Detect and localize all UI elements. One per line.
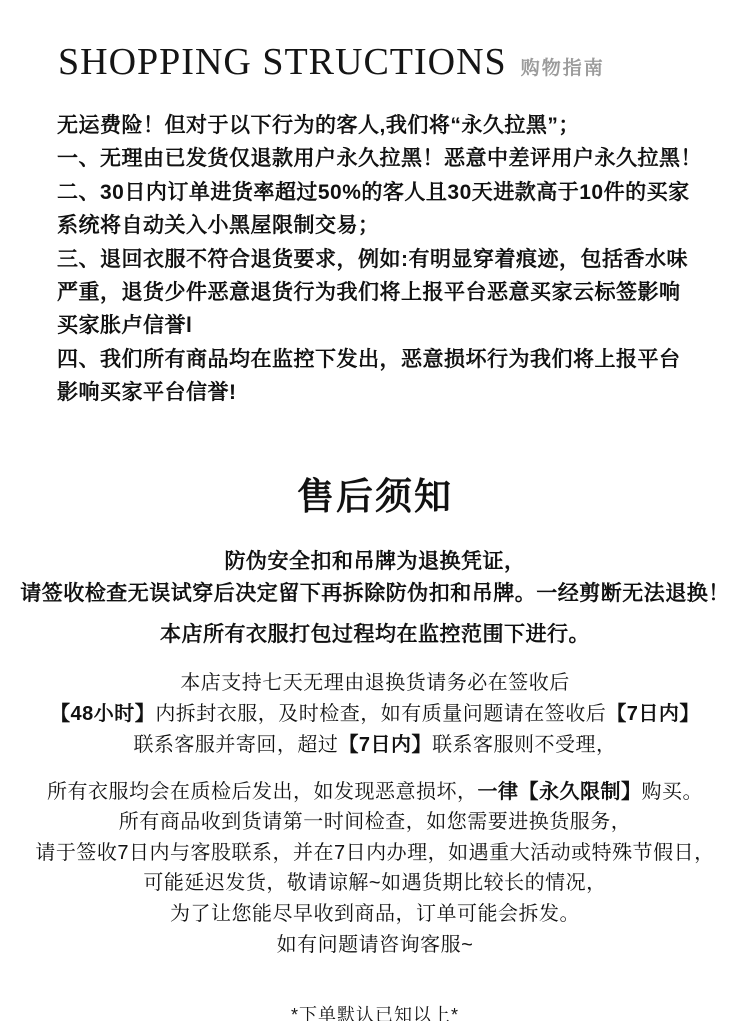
- returns-line-2-text: 内拆封衣服，及时检查，如有质量问题请在签收后: [155, 703, 606, 725]
- proof-section: 防伪安全扣和吊牌为退换凭证， 请签收检查无误试穿后决定留下再拆除防伪扣和吊牌。一…: [0, 546, 750, 610]
- shopping-instructions-page: SHOPPING STRUCTIONS 购物指南 无运费险！但对于以下行为的客人…: [0, 0, 750, 1021]
- notice-line-6: 如有问题请咨询客服~: [0, 930, 750, 961]
- notice-section: 所有衣服均会在质检后发出，如发现恶意损坏，一律【永久限制】购买。 所有商品收到货…: [0, 777, 750, 961]
- notice-line-1: 所有衣服均会在质检后发出，如发现恶意损坏，一律【永久限制】购买。: [0, 777, 750, 808]
- returns-section: 本店支持七天无理由退换货请务必在签收后 【48小时】内拆封衣服，及时检查，如有质…: [0, 668, 750, 761]
- policy-rule-4-line-1: 四、我们所有商品均在监控下发出，恶意损坏行为我们将上报平台: [57, 343, 712, 376]
- returns-line-2: 【48小时】内拆封衣服，及时检查，如有质量问题请在签收后【7日内】: [0, 699, 750, 730]
- notice-line-1-bold: 一律【永久限制】: [478, 781, 642, 803]
- policy-intro-line: 无运费险！但对于以下行为的客人,我们将“永久拉黑”；: [57, 109, 712, 142]
- policy-rule-4-line-2: 影响买家平台信誉!: [57, 376, 712, 409]
- returns-line-2-bold-1: 【48小时】: [50, 703, 155, 725]
- notice-line-1-text-1: 所有衣服均会在质检后发出，如发现恶意损坏，: [47, 781, 478, 803]
- page-subtitle: 购物指南: [521, 53, 605, 80]
- policy-rule-3-line-3: 买家胀卢信誉l: [57, 309, 712, 342]
- proof-line-1: 防伪安全扣和吊牌为退换凭证，: [0, 546, 750, 578]
- returns-line-3-text-2: 联系客服则不受理，: [432, 734, 617, 756]
- notice-line-2: 所有商品收到货请第一时间检查，如您需要进换货服务，: [0, 807, 750, 838]
- footer-note: *下单默认已知以上*: [0, 1001, 750, 1021]
- policy-rule-3-line-2: 严重，退货少件恶意退货行为我们将上报平台恶意买家云标签影响: [57, 276, 712, 309]
- returns-line-3-bold: 【7日内】: [338, 734, 432, 756]
- notice-line-3: 请于签收7日内与客股联系，并在7日内办理，如遇重大活动或特殊节假日，: [0, 838, 750, 869]
- returns-line-3-text-1: 联系客服并寄回，超过: [133, 734, 338, 756]
- notice-line-1-text-2: 购买。: [642, 781, 704, 803]
- page-title: SHOPPING STRUCTIONS: [58, 40, 507, 84]
- aftersale-heading: 售后须知: [0, 466, 750, 520]
- policy-rule-3-line-1: 三、退回衣服不符合退货要求，例如:有明显穿着痕迹，包括香水味: [57, 243, 712, 276]
- returns-line-2-bold-2: 【7日内】: [606, 703, 700, 725]
- returns-line-1: 本店支持七天无理由退换货请务必在签收后: [0, 668, 750, 699]
- notice-line-4: 可能延迟发货，敬请谅解~如遇货期比较长的情况，: [0, 868, 750, 899]
- notice-line-5: 为了让您能尽早收到商品，订单可能会拆发。: [0, 899, 750, 930]
- policy-rule-2-line-2: 系统将自动关入小黑屋限制交易；: [57, 209, 712, 242]
- monitor-line: 本店所有衣服打包过程均在监控范围下进行。: [0, 619, 750, 651]
- policy-rule-1: 一、无理由已发货仅退款用户永久拉黑！恶意中差评用户永久拉黑！: [57, 142, 712, 175]
- proof-line-2: 请签收检查无误试穿后决定留下再拆除防伪扣和吊牌。一经剪断无法退换！: [0, 578, 750, 610]
- page-header: SHOPPING STRUCTIONS 购物指南: [58, 40, 750, 84]
- blacklist-policy-section: 无运费险！但对于以下行为的客人,我们将“永久拉黑”； 一、无理由已发货仅退款用户…: [57, 109, 712, 410]
- returns-line-3: 联系客服并寄回，超过【7日内】联系客服则不受理，: [0, 730, 750, 761]
- policy-rule-2-line-1: 二、30日内订单进货率超过50%的客人且30天进款高于10件的买家: [57, 176, 712, 209]
